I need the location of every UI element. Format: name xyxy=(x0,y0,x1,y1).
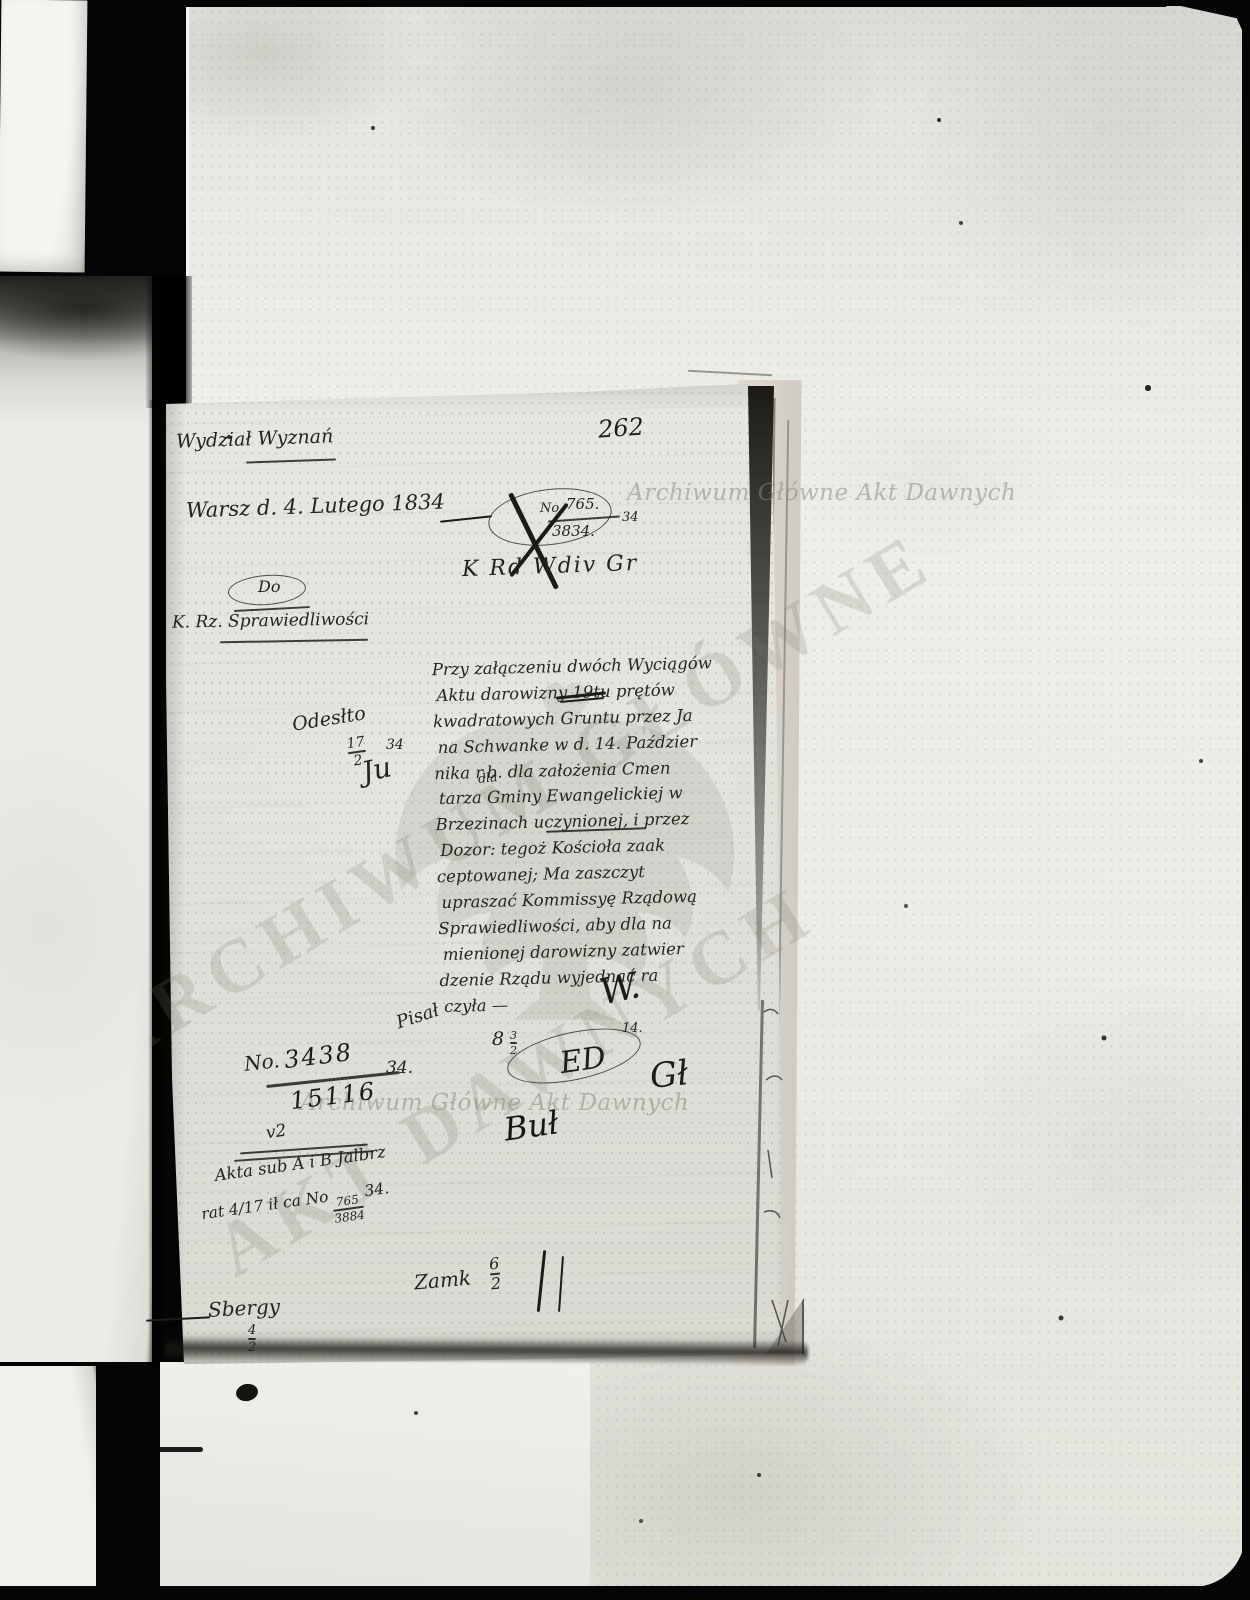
addressee-line: K. Rz. Sprawiedliwości xyxy=(172,611,369,631)
reference-year: 34 xyxy=(622,511,639,524)
filing2-fraction: 7653884 xyxy=(331,1193,365,1225)
left-page-surface xyxy=(0,276,152,1362)
film-edge-bottom xyxy=(0,1586,1250,1600)
dispatch-left-fraction: 4 2 xyxy=(248,1324,256,1354)
signature-ed: ED xyxy=(558,1043,608,1079)
dispatch-right-num: 6 xyxy=(488,1256,500,1273)
top-left-paper-fragment xyxy=(0,0,87,272)
mark8-num: 3 xyxy=(510,1030,517,1041)
archival-scan: ARCHIWUM GŁÓWNE AKT DAWNYCH Archiwum Głó… xyxy=(0,0,1250,1600)
department-line: Wydział Wyznań xyxy=(176,427,334,451)
check-mark: v2 xyxy=(265,1123,288,1143)
doc-heading: K Rd Wdiv Gr xyxy=(462,553,639,581)
filing2-suffix: 34. xyxy=(363,1179,390,1200)
bottom-paper xyxy=(160,1362,590,1588)
register-year: 34. xyxy=(386,1060,413,1077)
dispatch-right-den: 2 xyxy=(490,1276,502,1293)
signature-w: W. xyxy=(597,968,642,1011)
mark8-fraction: 3 2 xyxy=(510,1030,517,1056)
register-label: No. xyxy=(243,1050,280,1074)
film-edge-top xyxy=(186,0,1166,7)
edge-writing-fragments xyxy=(758,1000,802,1360)
sent-date-num: 17 xyxy=(346,735,366,751)
reference-denominator: 3834. xyxy=(552,524,595,539)
sent-year: 34 xyxy=(386,738,404,752)
bottom-left-paper xyxy=(0,1366,96,1588)
watermark-small-top: Archiwum Główne Akt Dawnych xyxy=(627,480,1016,506)
dispatch-left-den: 2 xyxy=(248,1341,256,1354)
signature-b: Buł xyxy=(502,1106,560,1145)
gutter-shadow-upper xyxy=(146,276,192,408)
inserted-word: dla xyxy=(477,771,498,785)
mark8-whole: 8 xyxy=(492,1030,504,1049)
body-text: Przy załączeniu dwóch Wyciągów Aktu daro… xyxy=(432,652,785,1023)
reference-numerator: 765. xyxy=(566,497,599,512)
dispatch-left-num: 4 xyxy=(248,1324,256,1337)
dispatch-left-word: Sbergy xyxy=(208,1296,281,1320)
folio-number: 262 xyxy=(597,414,644,441)
film-edge-right xyxy=(1242,0,1250,1600)
sent-flourish: Ju xyxy=(359,753,393,786)
to-label: Do xyxy=(258,579,280,595)
paper-seam xyxy=(157,1447,203,1452)
signature-g: Gł xyxy=(648,1056,690,1094)
dispatch-right-word: Zamk xyxy=(413,1268,471,1293)
page-bottom-shadow xyxy=(166,1336,808,1364)
dust-specks xyxy=(0,0,2,2)
